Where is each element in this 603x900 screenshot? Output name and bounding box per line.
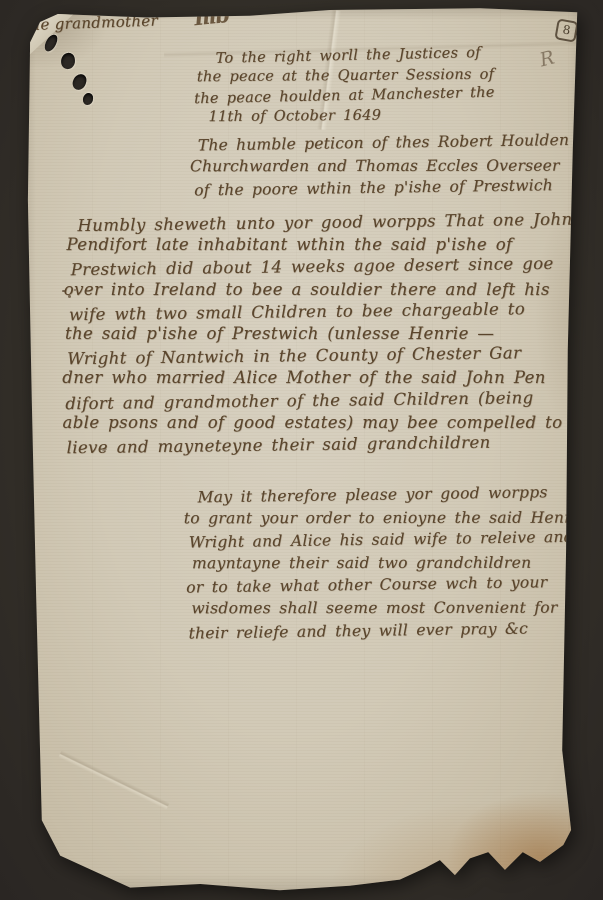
- manuscript-line: difort and grandmother of the said Child…: [62, 386, 567, 415]
- docket-flourish-mark: Illb: [193, 2, 230, 30]
- docket-text: the grandmother: [24, 12, 158, 35]
- manuscript-page: 8 R To the right worll the Justices of t…: [24, 6, 580, 892]
- manuscript-line: or to take what other Course wch to your: [184, 572, 534, 600]
- manuscript-line: wisdomes shall seeme most Convenient for: [184, 597, 534, 620]
- petition-title: The humble peticon of thes Robert Houlde…: [190, 131, 535, 201]
- photograph-background: 8 R To the right worll the Justices of t…: [0, 0, 603, 900]
- paper-sheet: 8 R To the right worll the Justices of t…: [24, 6, 580, 892]
- docket-note: the grandmotherIllb: [24, 2, 265, 35]
- manuscript-line: their reliefe and they will ever pray &c: [184, 617, 534, 645]
- manuscript-line: of the poore wthin the p'ishe of Prestwi…: [190, 174, 535, 202]
- petition-body: Humbly sheweth unto yor good worpps That…: [61, 211, 567, 458]
- manuscript-line: over into Ireland to bee a souldier ther…: [62, 279, 567, 301]
- petition-prayer: May it therefore please yor good worpps …: [183, 483, 534, 644]
- manuscript-line: Wright and Alice his said wife to releiv…: [184, 527, 534, 555]
- address-heading: To the right worll the Justices of the p…: [193, 44, 494, 128]
- handwritten-text-layer: To the right worll the Justices of the p…: [24, 6, 580, 892]
- manuscript-line: May it therefore please yor good worpps: [183, 481, 533, 509]
- manuscript-line: The humble peticon of thes Robert Houlde…: [190, 129, 535, 157]
- manuscript-line: 11th of October 1649: [194, 105, 494, 128]
- manuscript-line: to grant your order to enioyne the said …: [184, 506, 534, 529]
- manuscript-line: Churchwarden and Thomas Eccles Overseer: [190, 154, 535, 177]
- manuscript-line: wife wth two small Children to bee charg…: [62, 298, 567, 327]
- manuscript-line: lieve and mayneteyne their said grandchi…: [62, 431, 567, 460]
- manuscript-line: Prestwich did about 14 weeks agoe desert…: [62, 253, 567, 282]
- manuscript-line: dner who married Alice Mother of the sai…: [62, 367, 567, 389]
